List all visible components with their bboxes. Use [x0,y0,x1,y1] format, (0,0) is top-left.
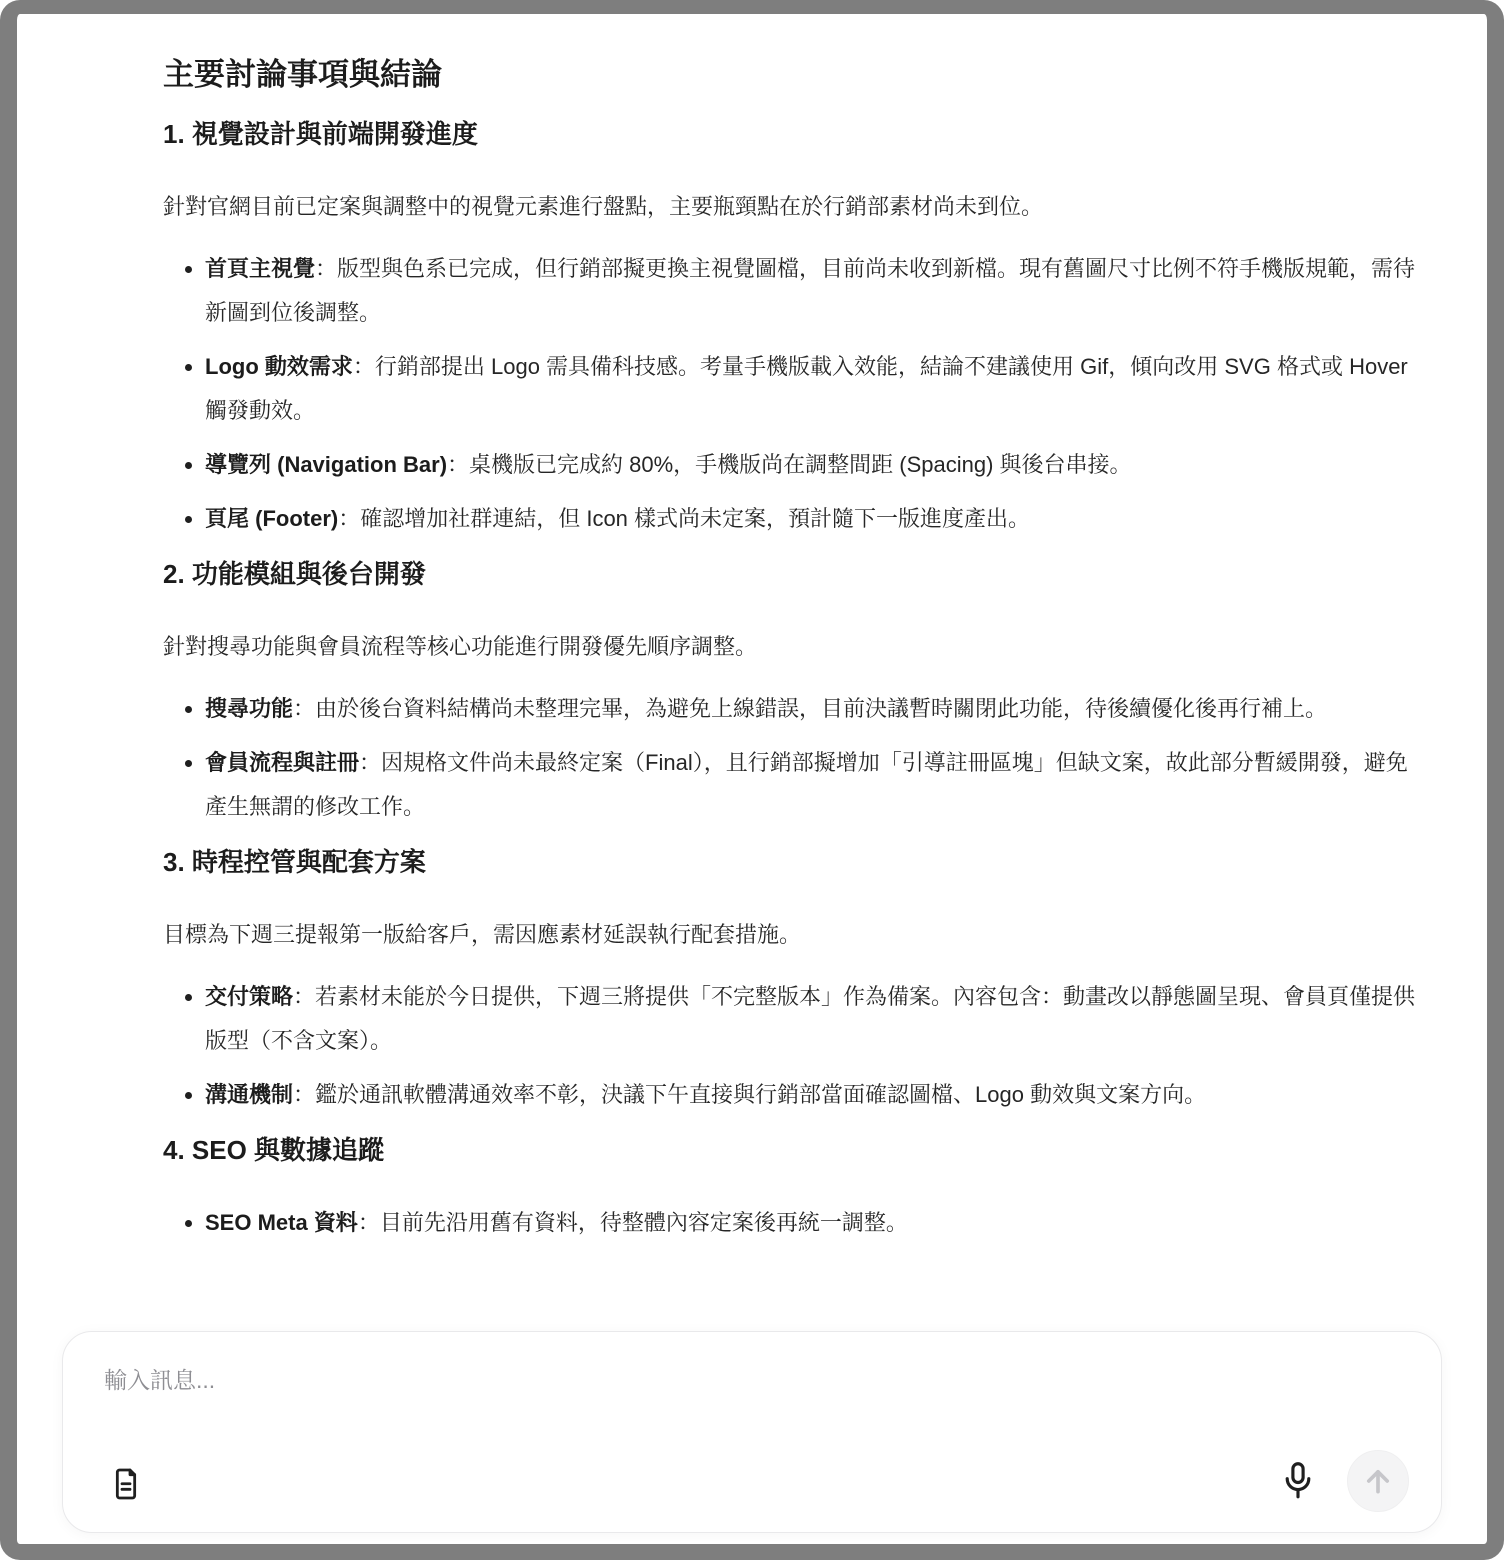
bullet-text: ：因規格文件尚未最終定案（Final），且行銷部擬增加「引導註冊區塊」但缺文案，… [205,750,1408,819]
list-item: 搜尋功能：由於後台資料結構尚未整理完畢，為避免上線錯誤，目前決議暫時關閉此功能，… [163,687,1418,731]
list-item: 頁尾 (Footer)：確認增加社群連結，但 Icon 樣式尚未定案，預計隨下一… [163,497,1418,541]
message-composer [62,1331,1442,1533]
bullet-term: 頁尾 (Footer) [205,506,338,531]
section-backend-modules: 2. 功能模組與後台開發 針對搜尋功能與會員流程等核心功能進行開發優先順序調整。… [163,557,1418,829]
microphone-icon [1280,1460,1316,1502]
list-item: 導覽列 (Navigation Bar)：桌機版已完成約 80%，手機版尚在調整… [163,443,1418,487]
section-intro: 針對搜尋功能與會員流程等核心功能進行開發優先順序調整。 [163,625,1418,669]
section-heading: 1. 視覺設計與前端開發進度 [163,117,1418,151]
bullet-term: 溝通機制 [205,1082,293,1107]
section-visual-design: 1. 視覺設計與前端開發進度 針對官網目前已定案與調整中的視覺元素進行盤點，主要… [163,117,1418,541]
voice-input-button[interactable] [1279,1460,1317,1502]
bullet-list: 搜尋功能：由於後台資料結構尚未整理完畢，為避免上線錯誤，目前決議暫時關閉此功能，… [163,687,1418,829]
section-seo-tracking: 4. SEO 與數據追蹤 SEO Meta 資料：目前先沿用舊有資料，待整體內容… [163,1133,1418,1245]
message-scroll-area[interactable]: 主要討論事項與結論 1. 視覺設計與前端開發進度 針對官網目前已定案與調整中的視… [17,14,1487,1315]
document-title: 主要討論事項與結論 [163,55,1418,95]
section-intro: 針對官網目前已定案與調整中的視覺元素進行盤點，主要瓶頸點在於行銷部素材尚未到位。 [163,185,1418,229]
message-input[interactable] [104,1362,1400,1442]
bullet-term: 導覽列 (Navigation Bar) [205,452,447,477]
bullet-list: 交付策略：若素材未能於今日提供，下週三將提供「不完整版本」作為備案。內容包含：動… [163,975,1418,1117]
list-item: SEO Meta 資料：目前先沿用舊有資料，待整體內容定案後再統一調整。 [163,1201,1418,1245]
bullet-term: 會員流程與註冊 [205,750,359,775]
bullet-text: ：若素材未能於今日提供，下週三將提供「不完整版本」作為備案。內容包含：動畫改以靜… [205,984,1415,1053]
send-message-button[interactable] [1347,1450,1409,1512]
list-item: 交付策略：若素材未能於今日提供，下週三將提供「不完整版本」作為備案。內容包含：動… [163,975,1418,1063]
attach-file-button[interactable] [109,1464,143,1504]
section-heading: 3. 時程控管與配套方案 [163,845,1418,879]
list-item: 首頁主視覺：版型與色系已完成，但行銷部擬更換主視覺圖檔，目前尚未收到新檔。現有舊… [163,247,1418,335]
list-item: 會員流程與註冊：因規格文件尚未最終定案（Final），且行銷部擬增加「引導註冊區… [163,741,1418,829]
bullet-text: ：目前先沿用舊有資料，待整體內容定案後再統一調整。 [358,1210,908,1235]
list-item: 溝通機制：鑑於通訊軟體溝通效率不彰，決議下午直接與行銷部當面確認圖檔、Logo … [163,1073,1418,1117]
bullet-term: Logo 動效需求 [205,354,353,379]
bullet-text: ：由於後台資料結構尚未整理完畢，為避免上線錯誤，目前決議暫時關閉此功能，待後續優… [293,696,1327,721]
bullet-text: ：版型與色系已完成，但行銷部擬更換主視覺圖檔，目前尚未收到新檔。現有舊圖尺寸比例… [205,256,1415,325]
file-document-icon [110,1465,142,1503]
bullet-term: 交付策略 [205,984,293,1009]
list-item: Logo 動效需求：行銷部提出 Logo 需具備科技感。考量手機版載入效能，結論… [163,345,1418,433]
assistant-message: 主要討論事項與結論 1. 視覺設計與前端開發進度 針對官網目前已定案與調整中的視… [17,14,1487,1245]
bullet-term: 首頁主視覺 [205,256,315,281]
section-schedule-control: 3. 時程控管與配套方案 目標為下週三提報第一版給客戶，需因應素材延誤執行配套措… [163,845,1418,1117]
bullet-text: ：桌機版已完成約 80%，手機版尚在調整間距 (Spacing) 與後台串接。 [447,452,1132,477]
bullet-term: SEO Meta 資料 [205,1210,358,1235]
section-intro: 目標為下週三提報第一版給客戶，需因應素材延誤執行配套措施。 [163,913,1418,957]
document-title-text: 主要討論事項與結論 [163,57,442,92]
chat-page: 主要討論事項與結論 1. 視覺設計與前端開發進度 針對官網目前已定案與調整中的視… [17,14,1487,1544]
bullet-text: ：確認增加社群連結，但 Icon 樣式尚未定案，預計隨下一版進度產出。 [338,506,1030,531]
bullet-list: 首頁主視覺：版型與色系已完成，但行銷部擬更換主視覺圖檔，目前尚未收到新檔。現有舊… [163,247,1418,541]
section-heading: 4. SEO 與數據追蹤 [163,1133,1418,1167]
bullet-text: ：行銷部提出 Logo 需具備科技感。考量手機版載入效能，結論不建議使用 Gif… [205,354,1408,423]
arrow-up-icon [1361,1464,1395,1498]
bullet-term: 搜尋功能 [205,696,293,721]
bullet-list: SEO Meta 資料：目前先沿用舊有資料，待整體內容定案後再統一調整。 [163,1201,1418,1245]
section-heading: 2. 功能模組與後台開發 [163,557,1418,591]
bullet-text: ：鑑於通訊軟體溝通效率不彰，決議下午直接與行銷部當面確認圖檔、Logo 動效與文… [293,1082,1206,1107]
